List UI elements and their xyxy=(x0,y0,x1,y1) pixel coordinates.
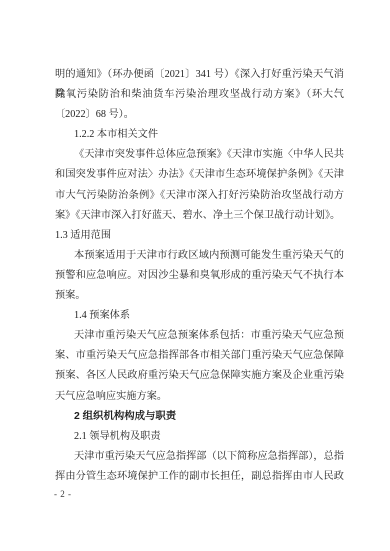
text-line: 天津市重污染天气应急指挥部（以下简称应急指挥部），总指 xyxy=(55,447,344,467)
text-line: 〔2022〕68 号）。 xyxy=(55,105,344,125)
text-line: 市大气污染防治条例》《天津市深入打好污染防治攻坚战行动方 xyxy=(55,186,344,206)
text-line: 预案。 xyxy=(55,286,344,306)
text-line: 挥由分管生态环境保护工作的副市长担任，副总指挥由市人民政 xyxy=(55,467,344,487)
text-line: 案》《天津市深入打好蓝天、碧水、净土三个保卫战行动计划》。 xyxy=(55,206,344,226)
text-line: 2 组织机构构成与职责 xyxy=(55,407,344,427)
text-line: 天津市重污染天气应急预案体系包括：市重污染天气应急预 xyxy=(55,326,344,346)
document-page: 明的通知》（环办便函〔2021〕341 号）《深入打好重污染天气消除、臭氧污染防… xyxy=(0,0,390,551)
text-line: 和国突发事件应对法〉办法》《天津市生态环境保护条例》《天津 xyxy=(55,165,344,185)
text-line: 1.2.2 本市相关文件 xyxy=(55,125,344,145)
text-line: 2.1 领导机构及职责 xyxy=(55,427,344,447)
text-line: 本预案适用于天津市行政区域内预测可能发生重污染天气的 xyxy=(55,246,344,266)
text-line: 臭氧污染防治和柴油货车污染治理攻坚战行动方案》（环大气 xyxy=(55,85,344,105)
text-line: 天气应急响应实施方案。 xyxy=(55,387,344,407)
text-line: 明的通知》（环办便函〔2021〕341 号）《深入打好重污染天气消除、 xyxy=(55,65,344,85)
text-line: 预案、各区人民政府重污染天气应急保障实施方案及企业重污染 xyxy=(55,366,344,386)
text-line: 1.3 适用范围 xyxy=(55,226,344,246)
text-line: 《天津市突发事件总体应急预案》《天津市实施〈中华人民共 xyxy=(55,145,344,165)
document-body: 明的通知》（环办便函〔2021〕341 号）《深入打好重污染天气消除、臭氧污染防… xyxy=(55,65,344,487)
page-number: - 2 - xyxy=(54,489,72,499)
text-line: 预警和应急响应。对因沙尘暴和臭氧形成的重污染天气不执行本 xyxy=(55,266,344,286)
text-line: 1.4 预案体系 xyxy=(55,306,344,326)
text-line: 案、市重污染天气应急指挥部各市相关部门重污染天气应急保障 xyxy=(55,346,344,366)
